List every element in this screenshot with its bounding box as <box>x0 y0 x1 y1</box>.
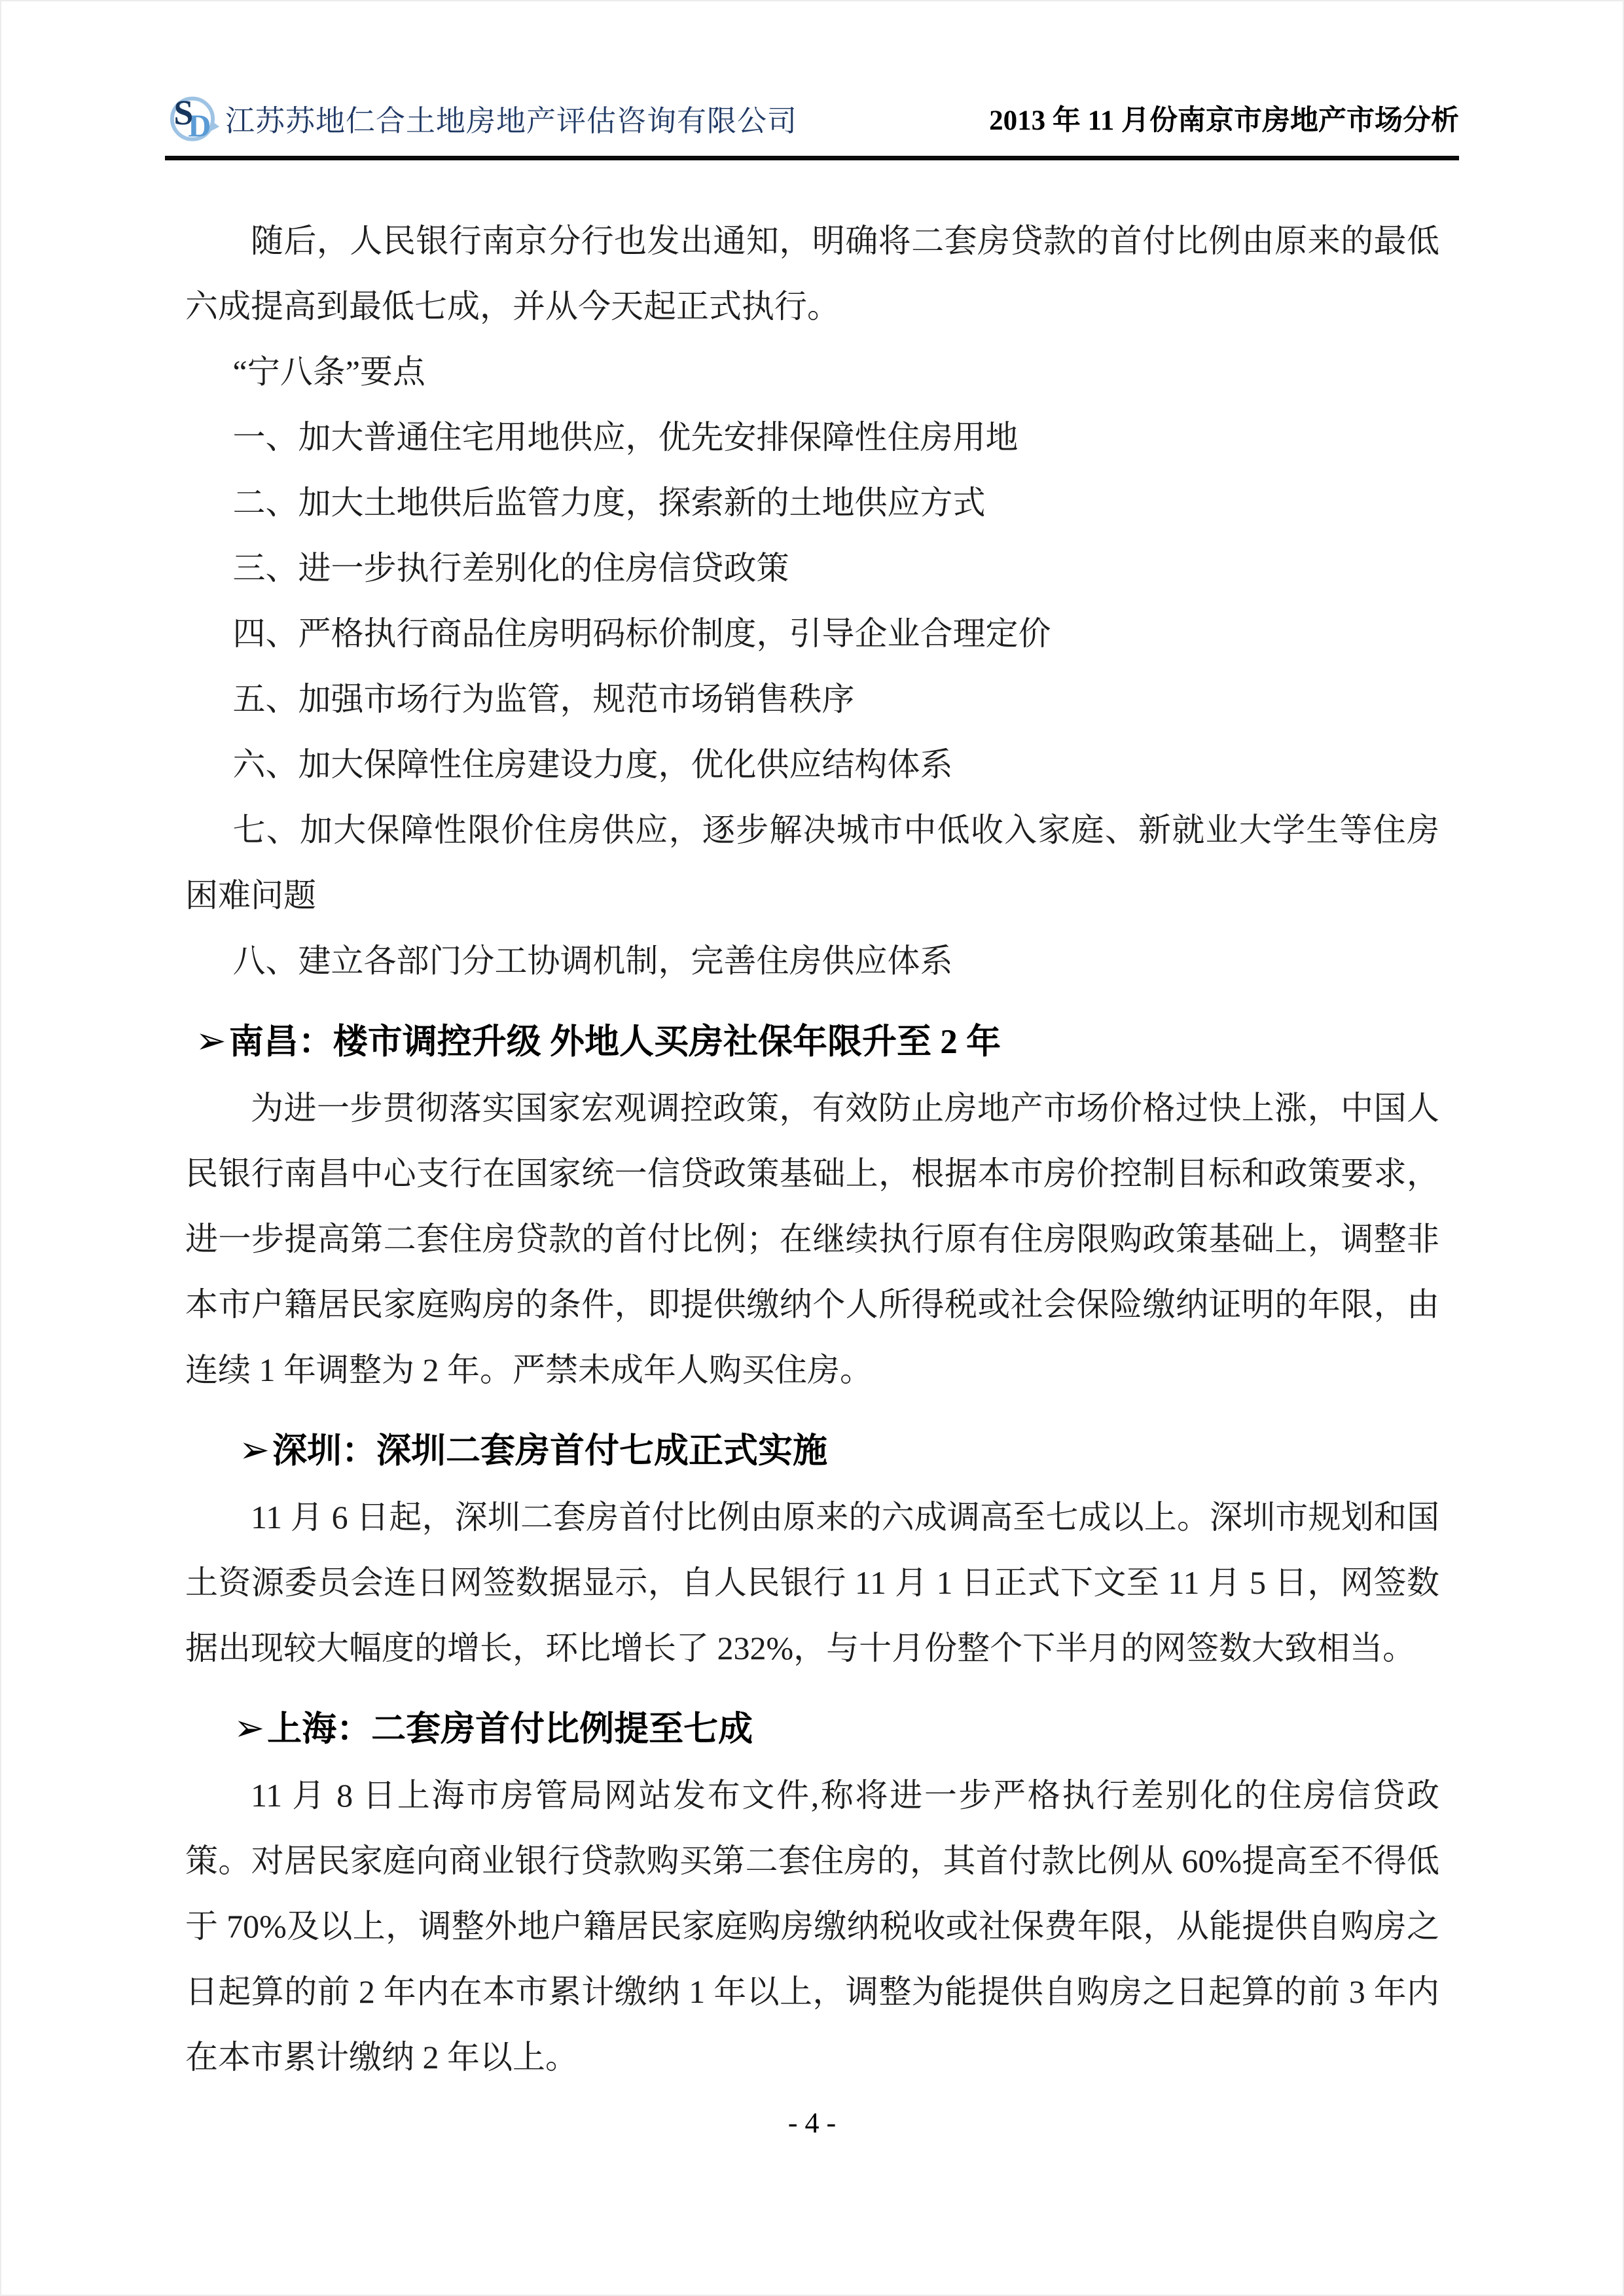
heading-shanghai: ➢上海：二套房首付比例提至七成 <box>234 1695 1439 1763</box>
company-name: 江苏苏地仁合土地房地产评估咨询有限公司 <box>225 97 797 139</box>
logo-letter-s: S <box>173 93 193 132</box>
item-6: 六、加大保障性住房建设力度，优化供应结构体系 <box>185 732 1439 797</box>
page-number: - 4 - <box>788 2107 836 2139</box>
heading-arrow-icon: ➢ <box>239 1429 270 1471</box>
page-footer: - 4 - <box>0 2106 1624 2140</box>
para-shenzhen: 11 月 6 日起，深圳二套房首付比例由原来的六成调高至七成以上。深圳市规划和国… <box>185 1484 1439 1681</box>
item-5: 五、加强市场行为监管，规范市场销售秩序 <box>185 666 1439 732</box>
item-8: 八、建立各部门分工协调机制，完善住房供应体系 <box>185 928 1439 994</box>
company-logo-icon: D S <box>165 90 220 145</box>
heading-shenzhen: ➢深圳：深圳二套房首付七成正式实施 <box>239 1417 1439 1484</box>
item-7: 七、加大保障性限价住房供应，逐步解决城市中低收入家庭、新就业大学生等住房困难问题 <box>185 797 1439 928</box>
subtitle-ning-ba-tiao: “宁八条”要点 <box>185 339 1439 404</box>
heading-text: 南昌：楼市调控升级 外地人买房社保年限升至 2 年 <box>229 1023 1001 1061</box>
document-title: 2013 年 11 月份南京市房地产市场分析 <box>989 98 1459 138</box>
item-1: 一、加大普通住宅用地供应，优先安排保障性住房用地 <box>185 404 1439 470</box>
document-page: D S 江苏苏地仁合土地房地产评估咨询有限公司 2013 年 11 月份南京市房… <box>0 0 1624 2296</box>
item-4: 四、严格执行商品住房明码标价制度，引导企业合理定价 <box>185 601 1439 666</box>
page-header: D S 江苏苏地仁合土地房地产评估咨询有限公司 2013 年 11 月份南京市房… <box>165 90 1459 160</box>
heading-text: 上海：二套房首付比例提至七成 <box>267 1710 753 1748</box>
heading-text: 深圳：深圳二套房首付七成正式实施 <box>272 1432 827 1470</box>
heading-arrow-icon: ➢ <box>234 1707 264 1749</box>
header-company-block: D S 江苏苏地仁合土地房地产评估咨询有限公司 <box>165 90 797 145</box>
item-2: 二、加大土地供后监管力度，探索新的土地供应方式 <box>185 470 1439 535</box>
item-3: 三、进一步执行差别化的住房信贷政策 <box>185 535 1439 601</box>
document-body: 随后，人民银行南京分行也发出通知，明确将二套房贷款的首付比例由原来的最低六成提高… <box>185 208 1439 2090</box>
para-shanghai: 11 月 8 日上海市房管局网站发布文件,称将进一步严格执行差别化的住房信贷政策… <box>185 1763 1439 2090</box>
heading-nanchang: ➢南昌：楼市调控升级 外地人买房社保年限升至 2 年 <box>196 1008 1439 1075</box>
heading-arrow-icon: ➢ <box>196 1020 226 1062</box>
para-nanchang: 为进一步贯彻落实国家宏观调控政策，有效防止房地产市场价格过快上涨，中国人民银行南… <box>185 1075 1439 1403</box>
para-nanjing-followup: 随后，人民银行南京分行也发出通知，明确将二套房贷款的首付比例由原来的最低六成提高… <box>185 208 1439 339</box>
